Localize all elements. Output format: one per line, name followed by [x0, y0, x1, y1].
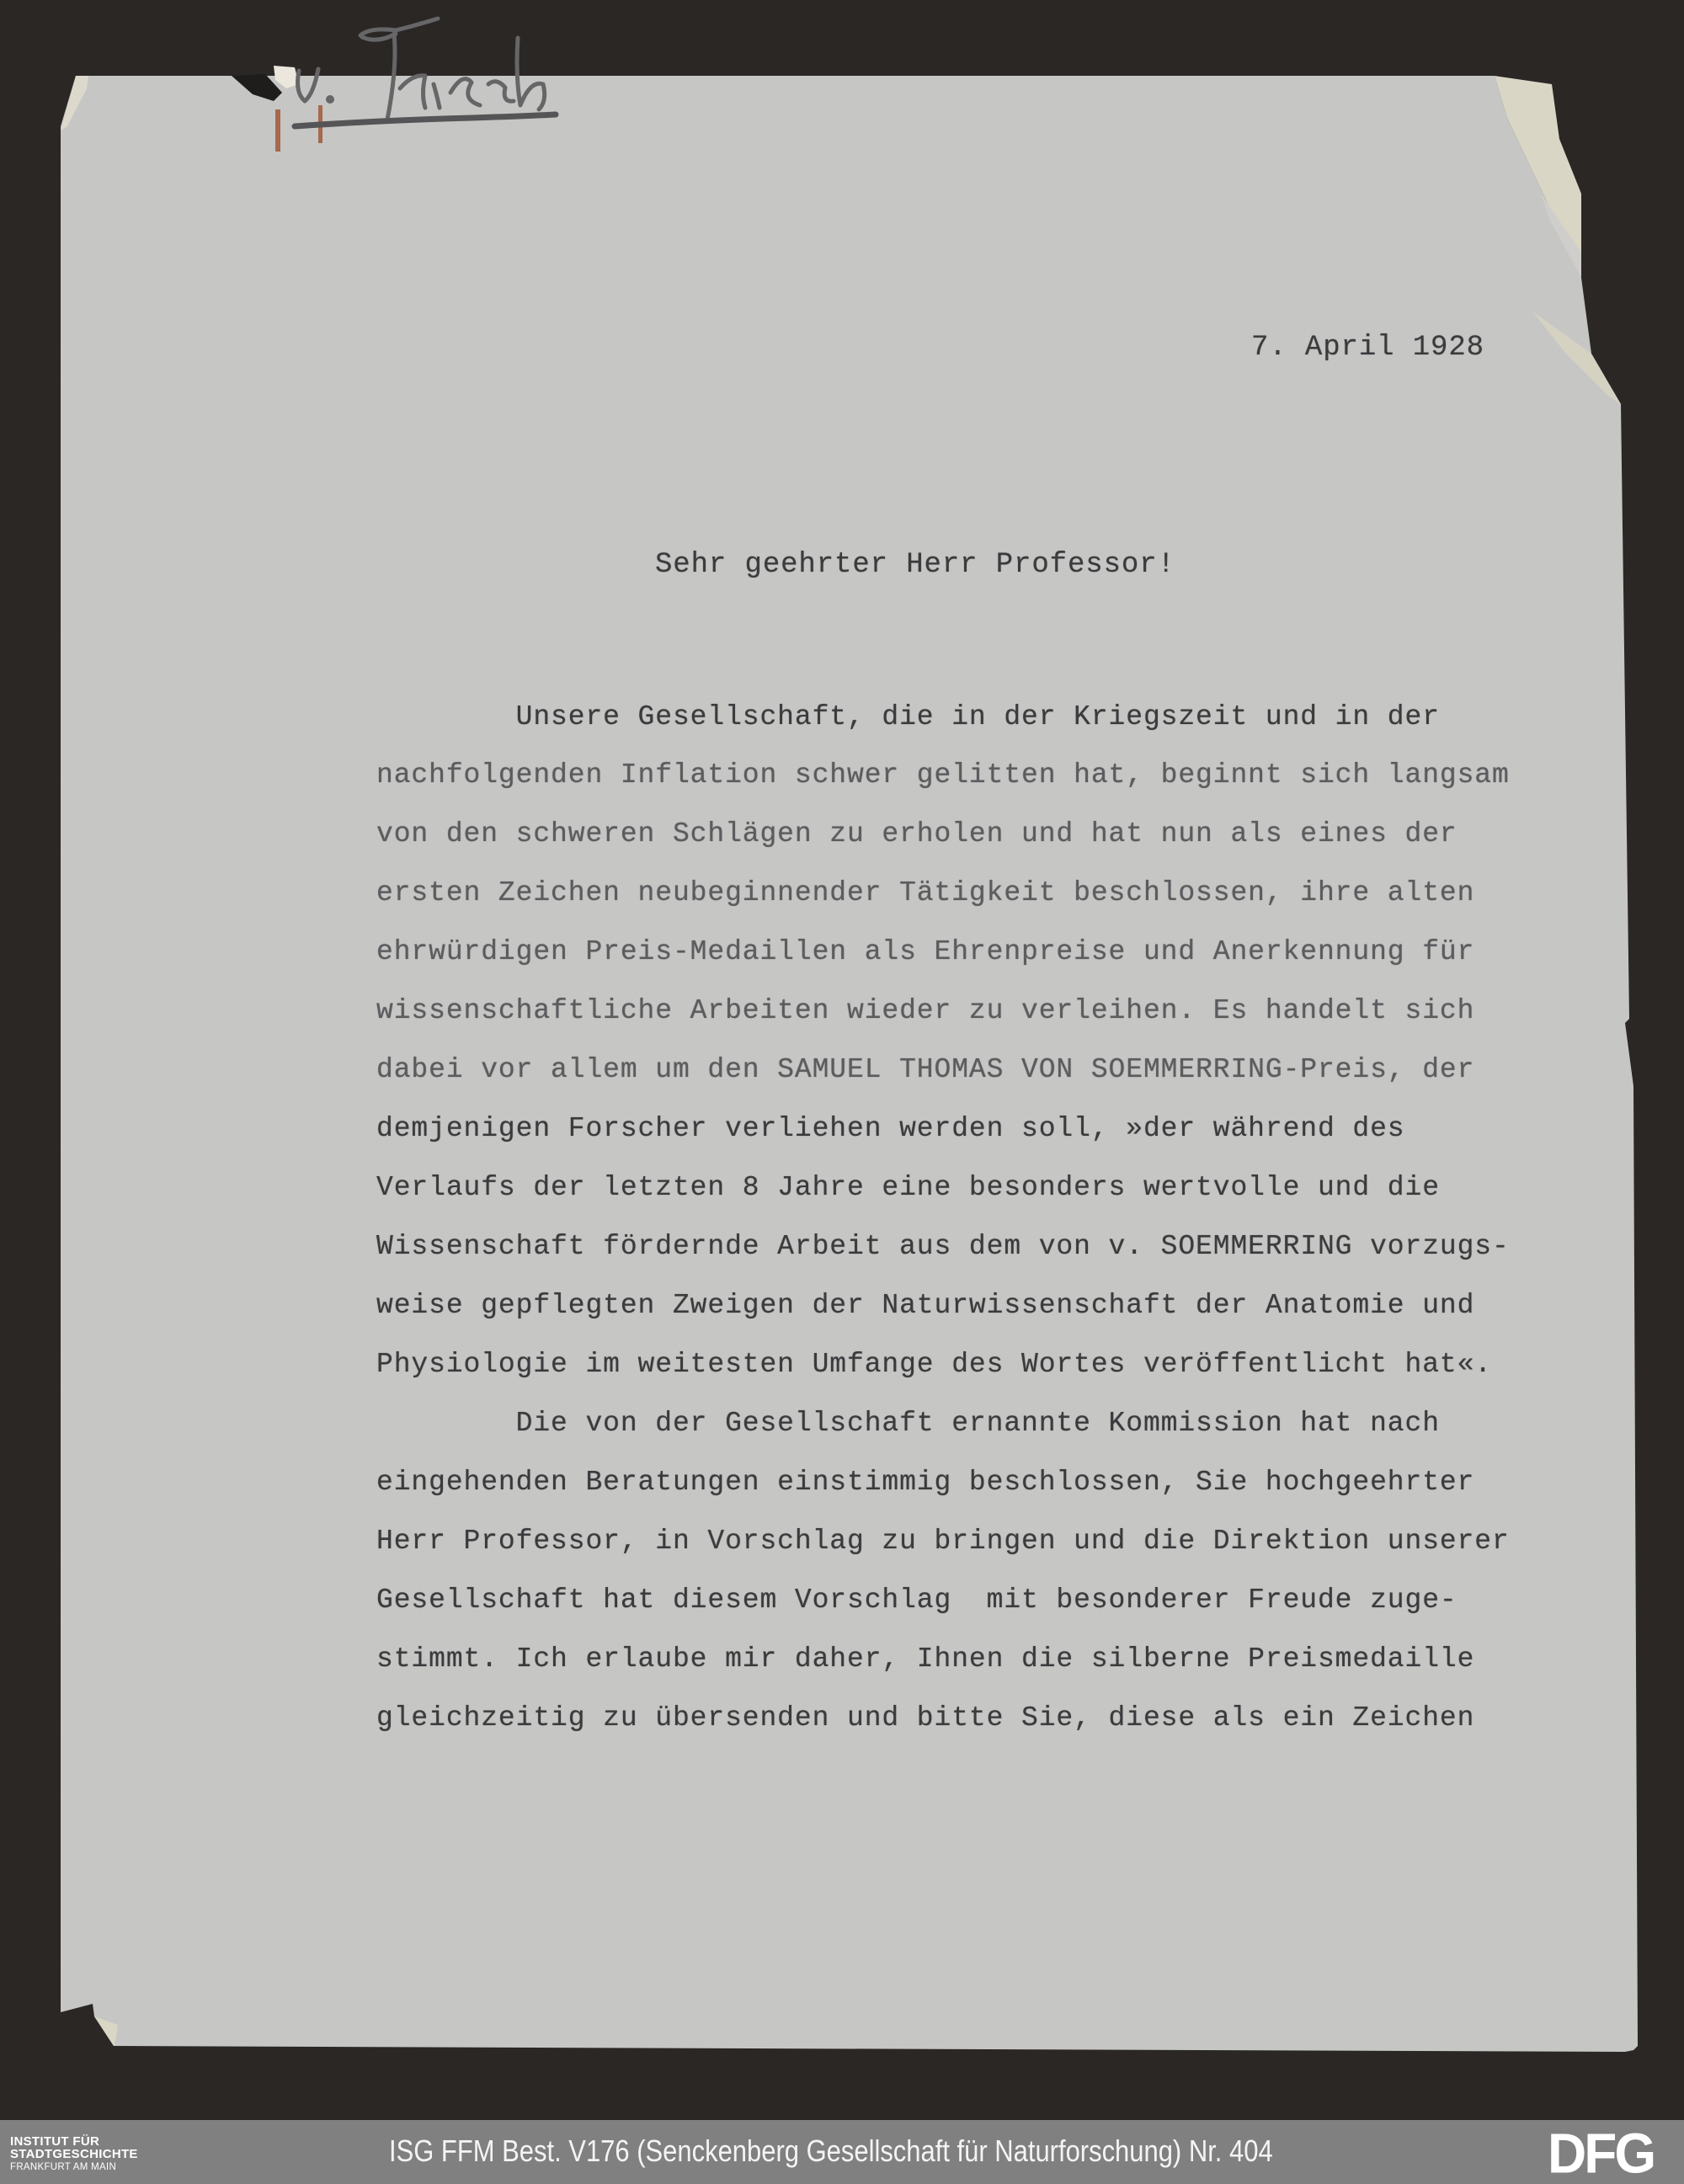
body-line-6: wissenschaftliche Arbeiten wieder zu ver…	[376, 995, 1474, 1026]
body-line-1: Unsere Gesellschaft, die in der Kriegsze…	[376, 701, 1440, 732]
body-line-14: eingehenden Beratungen einstimmig beschl…	[376, 1467, 1474, 1498]
body-line-10: Wissenschaft fördernde Arbeit aus dem vo…	[376, 1231, 1510, 1262]
salutation: Sehr geehrter Herr Professor!	[655, 549, 1175, 581]
body-line-15: Herr Professor, in Vorschlag zu bringen …	[376, 1526, 1510, 1557]
body-line-5: ehrwürdigen Preis-Medaillen als Ehrenpre…	[376, 936, 1474, 967]
dfg-logo: DFG	[1548, 2130, 1674, 2176]
archive-footer: INSTITUT FÜR STADTGESCHICHTE FRANKFURT A…	[0, 2120, 1684, 2184]
body-line-12: Physiologie im weitesten Umfange des Wor…	[376, 1349, 1492, 1380]
body-line-16: Gesellschaft hat diesem Vorschlag mit be…	[376, 1585, 1458, 1616]
body-line-11: weise gepflegten Zweigen der Naturwissen…	[376, 1290, 1474, 1321]
letter-date: 7. April 1928	[1251, 332, 1484, 364]
isg-logo-line-1: INSTITUT FÜR	[10, 2135, 138, 2148]
body-line-4: ersten Zeichen neubeginnender Tätigkeit …	[376, 877, 1474, 908]
archive-signature-caption: ISG FFM Best. V176 (Senckenberg Gesellsc…	[389, 2133, 1273, 2169]
isg-logo: INSTITUT FÜR STADTGESCHICHTE FRANKFURT A…	[10, 2135, 138, 2174]
handwritten-annotation-icon: v. Frisch	[0, 0, 589, 143]
body-line-18: gleichzeitig zu übersenden und bitte Sie…	[376, 1702, 1474, 1734]
isg-logo-line-2: STADTGESCHICHTE	[10, 2148, 138, 2160]
body-line-17: stimmt. Ich erlaube mir daher, Ihnen die…	[376, 1643, 1474, 1675]
letter-sheet: 7. April 1928 Sehr geehrter Herr Profess…	[0, 0, 1684, 2122]
isg-logo-line-3: FRANKFURT AM MAIN	[10, 2161, 138, 2174]
body-line-2: nachfolgenden Inflation schwer gelitten …	[376, 759, 1510, 791]
body-line-13: Die von der Gesellschaft ernannte Kommis…	[376, 1408, 1440, 1439]
body-line-7: dabei vor allem um den SAMUEL THOMAS VON…	[376, 1054, 1474, 1085]
body-line-8: demjenigen Forscher verliehen werden sol…	[376, 1113, 1405, 1144]
body-line-9: Verlaufs der letzten 8 Jahre eine besond…	[376, 1172, 1440, 1203]
body-line-3: von den schweren Schlägen zu erholen und…	[376, 818, 1458, 850]
